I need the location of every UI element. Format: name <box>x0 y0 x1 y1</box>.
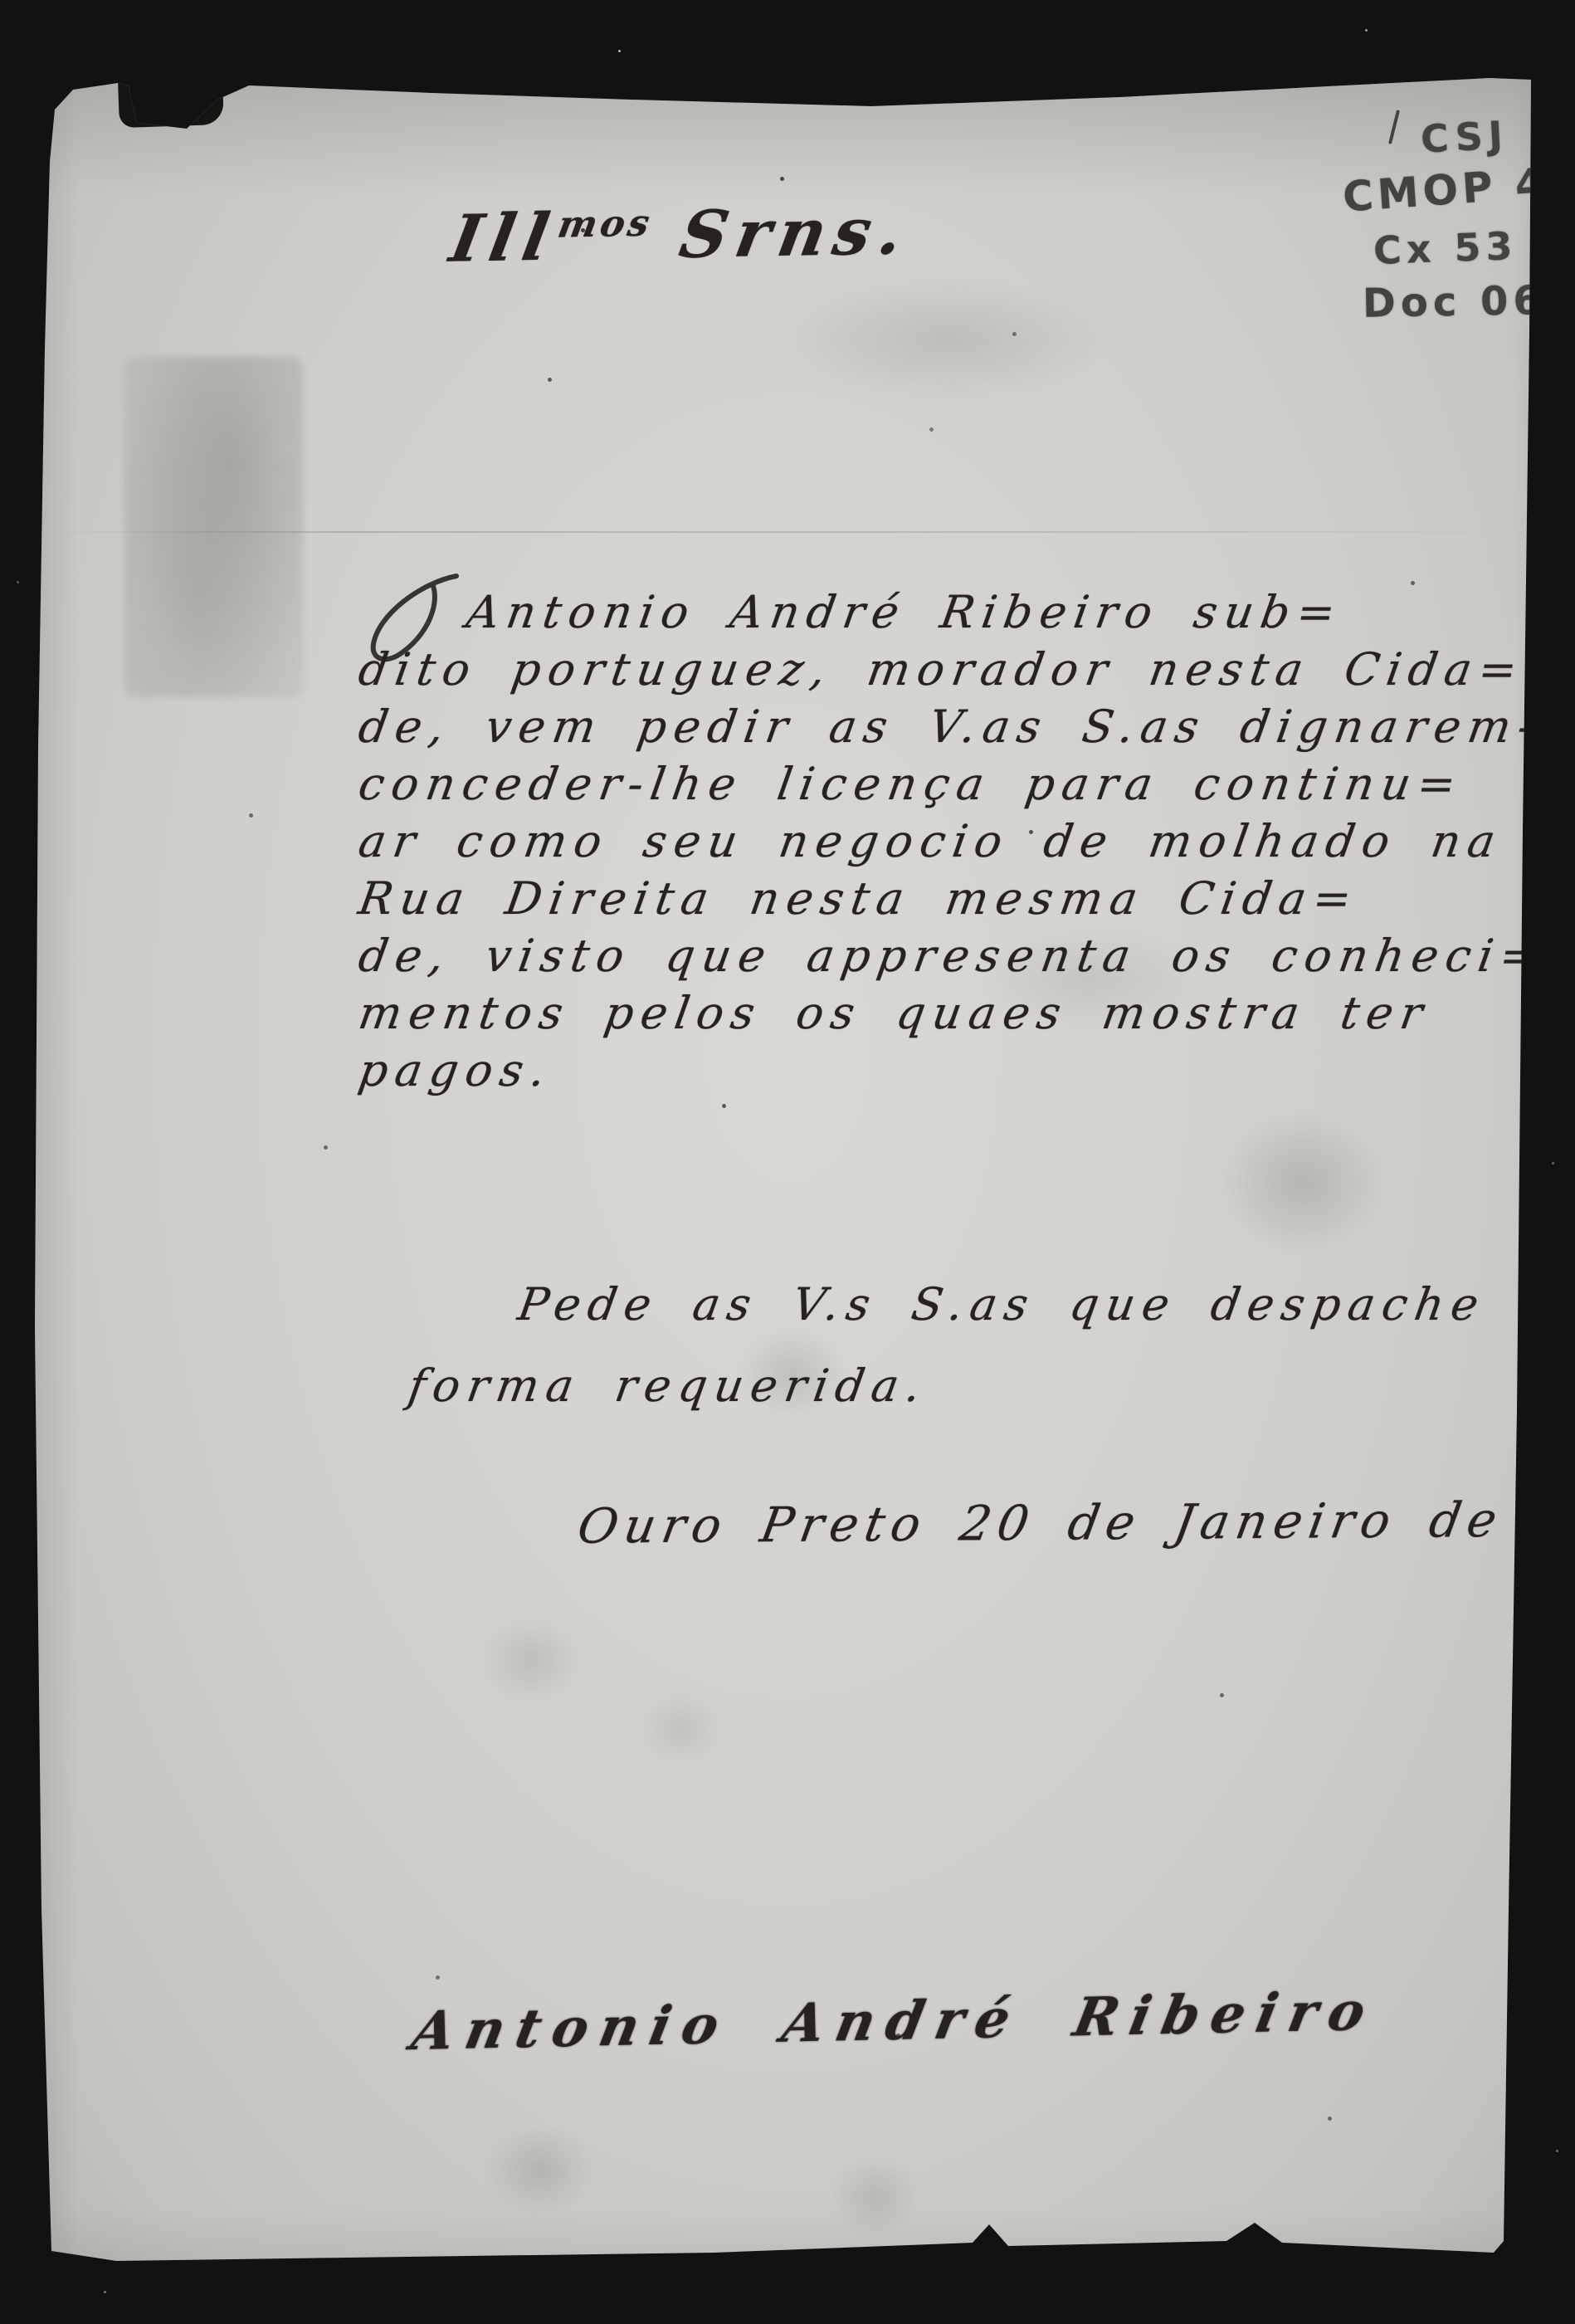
salutation: Illmos Srns. <box>445 193 917 277</box>
body-line: de, vem pedir as V.as S.as dignarem-se <box>355 701 1575 753</box>
body-line: ar como seu negocio de molhado na <box>355 815 1506 867</box>
archival-mark-caixa: Cx 53 <box>1373 223 1518 273</box>
closing-request-line: Pede as V.s S.as que despache da <box>514 1278 1575 1330</box>
body-line: dito portuguez, morador nesta Cida= <box>355 643 1529 696</box>
stain-blob <box>639 1693 722 1764</box>
salutation-base: Ill <box>445 200 563 277</box>
body-line: Rua Direita nesta mesma Cida= <box>355 872 1363 925</box>
paper-sheet: CSJ CMOP 4 Cx 53 Doc 06 Illmos Srns. Ant… <box>0 0 1575 2324</box>
salutation-rest: Srns. <box>643 193 916 273</box>
stain-blob <box>788 282 1104 398</box>
scanned-document-page: { "document_type": "handwritten-petition… <box>0 0 1575 2324</box>
stain-blob <box>481 1618 581 1701</box>
archival-mark-doc: Doc 06 <box>1363 277 1547 327</box>
archival-mark-cmop: CMOP 4 <box>1341 159 1549 221</box>
scanner-noise-specks <box>618 50 621 52</box>
salutation-superscript: mos <box>554 203 656 247</box>
body-line: conceder-lhe licença para continu= <box>355 758 1467 810</box>
stain-blob <box>830 2158 921 2237</box>
stain-blob <box>485 2125 593 2216</box>
stain-blob <box>1220 1112 1386 1253</box>
body-line: de, visto que appresenta os conheci= <box>355 930 1549 982</box>
body-line: pagos. <box>355 1044 557 1096</box>
ink-bleed-stain <box>124 357 303 697</box>
pencil-tick-mark <box>1388 110 1400 144</box>
body-line: Antonio André Ribeiro sub= <box>463 586 1346 638</box>
archival-mark-csj: CSJ <box>1420 112 1510 161</box>
body-line: mentos pelos os quaes mostra ter <box>355 987 1434 1039</box>
dateline: Ouro Preto 20 de Janeiro de 1871. <box>573 1490 1575 1554</box>
paper-crease <box>43 531 1520 533</box>
paper-tear-notch <box>118 78 224 128</box>
closing-request-line: forma requerida. <box>405 1360 932 1412</box>
signature: Antonio André Ribeiro <box>407 1980 1382 2063</box>
